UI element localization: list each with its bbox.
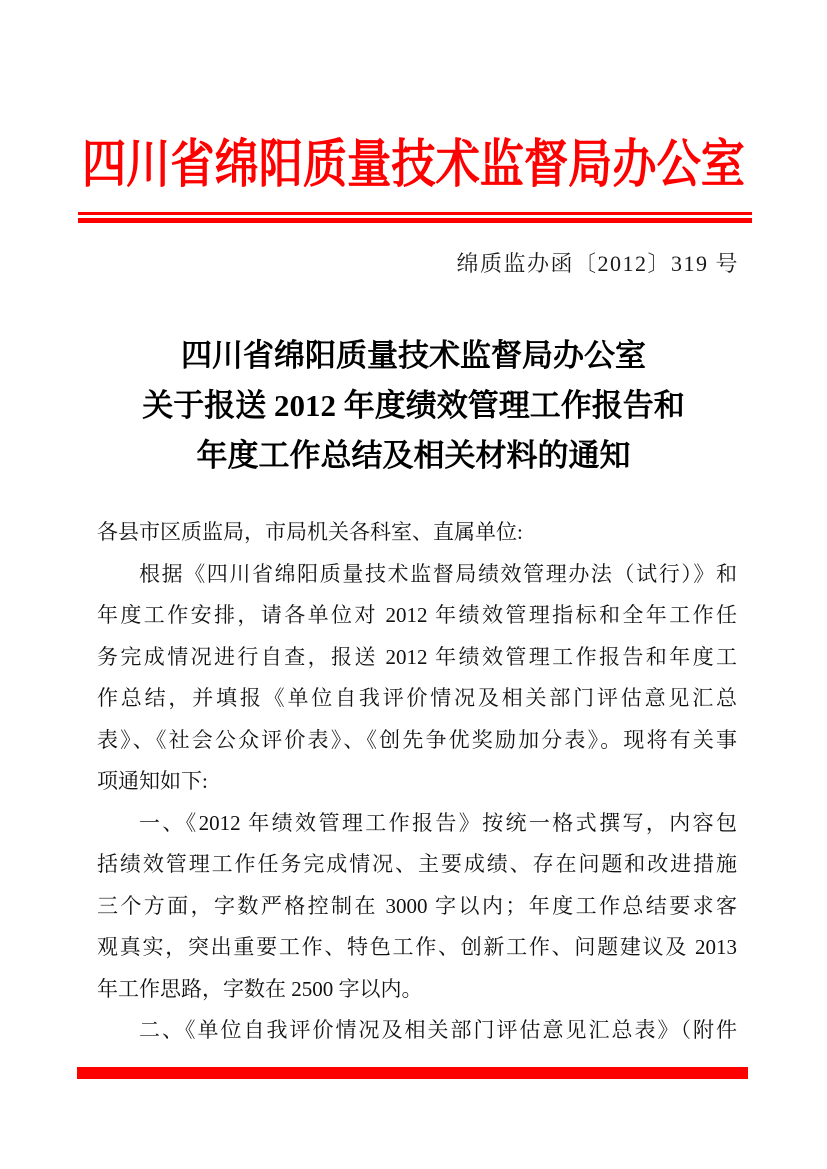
body-line: 二、《单位自我评价情况及相关部门评估意见汇总表》（附件: [97, 1010, 737, 1052]
body-line: 年度工作安排，请各单位对 2012 年绩效管理指标和全年工作任: [97, 595, 737, 637]
letterhead-org-title: 四川省绵阳质量技术监督局办公室: [62, 133, 765, 199]
body-line: 括绩效管理工作任务完成情况、主要成绩、存在问题和改进措施: [97, 844, 737, 886]
notice-title-line-3: 年度工作总结及相关材料的通知: [0, 431, 827, 481]
body-line: 务完成情况进行自查，报送 2012 年绩效管理工作报告和年度工: [97, 637, 737, 679]
notice-title: 四川省绵阳质量技术监督局办公室 关于报送 2012 年度绩效管理工作报告和 年度…: [0, 331, 827, 481]
body-line: 根据《四川省绵阳质量技术监督局绩效管理办法（试行）》和: [97, 554, 737, 596]
letterhead-rule-thin: [78, 212, 752, 215]
notice-title-line-1: 四川省绵阳质量技术监督局办公室: [0, 331, 827, 381]
body-line: 作总结，并填报《单位自我评价情况及相关部门评估意见汇总: [97, 678, 737, 720]
letterhead-rule-thick: [78, 218, 752, 223]
document-reference-number: 绵质监办函〔2012〕319 号: [456, 247, 739, 278]
notice-title-line-2: 关于报送 2012 年度绩效管理工作报告和: [0, 381, 827, 431]
body-text: 各县市区质监局，市局机关各科室、直属单位: 根据《四川省绵阳质量技术监督局绩效管…: [97, 512, 737, 1052]
body-line: 观真实，突出重要工作、特色工作、创新工作、问题建议及 2013: [97, 927, 737, 969]
footer-red-bar: [77, 1067, 748, 1079]
body-line: 一、《2012 年绩效管理工作报告》按统一格式撰写，内容包: [97, 803, 737, 845]
body-line: 三个方面，字数严格控制在 3000 字以内；年度工作总结要求客: [97, 886, 737, 928]
document-page: 四川省绵阳质量技术监督局办公室 绵质监办函〔2012〕319 号 四川省绵阳质量…: [0, 0, 827, 1169]
body-line: 项通知如下:: [97, 761, 737, 803]
body-line: 表》、《社会公众评价表》、《创先争优奖励加分表》。现将有关事: [97, 720, 737, 762]
body-line: 各县市区质监局，市局机关各科室、直属单位:: [97, 512, 737, 554]
body-line: 年工作思路，字数在 2500 字以内。: [97, 969, 737, 1011]
